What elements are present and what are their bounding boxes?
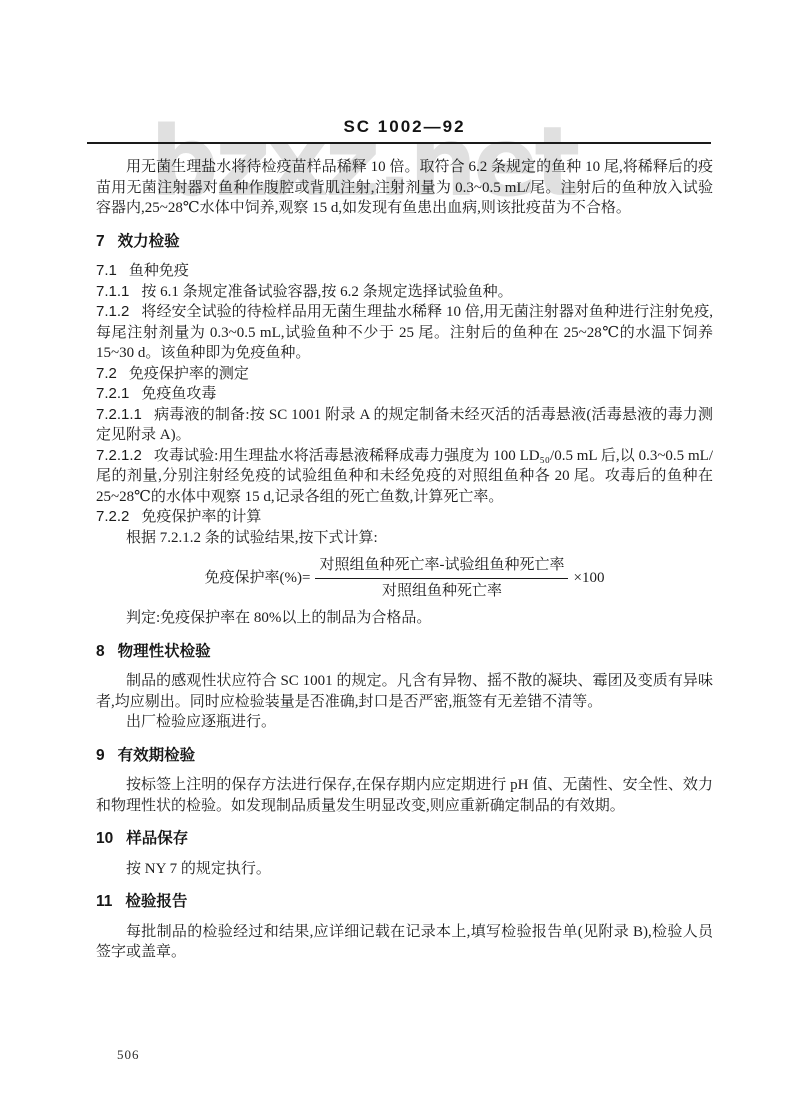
standard-number: SC 1002—92 xyxy=(96,117,713,137)
clause-7-1-2: 7.1.2将经安全试验的待检样品用无菌生理盐水稀释 10 倍,用无菌注射器对鱼种… xyxy=(96,302,713,364)
clause-7-2-1-1: 7.2.1.1病毒液的制备:按 SC 1001 附录 A 的规定制备未经灭活的活… xyxy=(96,405,713,446)
formula-denominator: 对照组鱼种死亡率 xyxy=(315,579,568,602)
section-8-heading: 8物理性状检验 xyxy=(96,642,713,663)
formula-lhs: 免疫保护率(%)= xyxy=(205,568,311,589)
section-7-heading: 7效力检验 xyxy=(96,232,713,253)
section-9-heading: 9有效期检验 xyxy=(96,746,713,767)
clause-number: 7.1.1 xyxy=(96,283,129,300)
page-content: SC 1002—92 用无菌生理盐水将待检疫苗样品稀释 10 倍。取符合 6.2… xyxy=(96,117,713,963)
clause-text: 将经安全试验的待检样品用无菌生理盐水稀释 10 倍,用无菌注射器对鱼种进行注射免… xyxy=(96,304,713,361)
section-11-paragraph-1: 每批制品的检验经过和结果,应详细记载在记录本上,填写检验报告单(见附录 B),检… xyxy=(96,922,713,963)
section-10-paragraph-1: 按 NY 7 的规定执行。 xyxy=(96,859,713,880)
formula-numerator: 对照组鱼种死亡率-试验组鱼种死亡率 xyxy=(315,555,568,579)
section-title: 物理性状检验 xyxy=(118,643,211,660)
section-number: 10 xyxy=(96,830,113,847)
section-title: 样品保存 xyxy=(126,830,188,847)
clause-7-1: 7.1鱼种免疫 xyxy=(96,261,713,282)
clause-7-2-1: 7.2.1免疫鱼攻毒 xyxy=(96,384,713,405)
clause-number: 7.2 xyxy=(96,365,117,382)
clause-7-2-2: 7.2.2免疫保护率的计算 xyxy=(96,507,713,528)
clause-text: 免疫鱼攻毒 xyxy=(141,386,216,402)
clause-text: 攻毒试验:用生理盐水将活毒悬液稀释成毒力强度为 100 LD₅₀/0.5 mL … xyxy=(96,448,713,505)
protection-rate-formula: 免疫保护率(%)= 对照组鱼种死亡率-试验组鱼种死亡率 对照组鱼种死亡率 ×10… xyxy=(96,555,713,602)
clause-text: 免疫保护率的测定 xyxy=(129,366,249,382)
clause-text: 按 6.1 条规定准备试验容器,按 6.2 条规定选择试验鱼种。 xyxy=(141,284,512,300)
section-8-paragraph-1: 制品的感观性状应符合 SC 1001 的规定。凡含有异物、摇不散的凝块、霉团及变… xyxy=(96,671,713,712)
section-11-heading: 11检验报告 xyxy=(96,892,713,913)
clause-number: 7.2.1 xyxy=(96,385,129,402)
clause-text: 病毒液的制备:按 SC 1001 附录 A 的规定制备未经灭活的活毒悬液(活毒悬… xyxy=(96,407,713,444)
calc-intro-line: 根据 7.2.1.2 条的试验结果,按下式计算: xyxy=(96,528,713,549)
section-number: 8 xyxy=(96,643,105,660)
section-number: 9 xyxy=(96,747,105,764)
clause-number: 7.2.1.2 xyxy=(96,447,142,464)
clause-7-2-1-2: 7.2.1.2攻毒试验:用生理盐水将活毒悬液稀释成毒力强度为 100 LD₅₀/… xyxy=(96,446,713,508)
clause-number: 7.2.2 xyxy=(96,508,129,525)
judgement-line: 判定:免疫保护率在 80%以上的制品为合格品。 xyxy=(96,608,713,629)
clause-number: 7.2.1.1 xyxy=(96,406,142,423)
section-number: 7 xyxy=(96,233,105,250)
section-number: 11 xyxy=(96,893,112,910)
clause-number: 7.1.2 xyxy=(96,303,129,320)
page-number: 506 xyxy=(117,1047,140,1063)
clause-number: 7.1 xyxy=(96,262,117,279)
section-10-heading: 10样品保存 xyxy=(96,829,713,850)
header-rule xyxy=(87,142,711,144)
clause-text: 免疫保护率的计算 xyxy=(141,509,261,525)
intro-paragraph: 用无菌生理盐水将待检疫苗样品稀释 10 倍。取符合 6.2 条规定的鱼种 10 … xyxy=(96,157,713,219)
clause-text: 鱼种免疫 xyxy=(129,263,189,279)
section-title: 有效期检验 xyxy=(118,747,196,764)
clause-7-1-1: 7.1.1按 6.1 条规定准备试验容器,按 6.2 条规定选择试验鱼种。 xyxy=(96,282,713,303)
section-title: 效力检验 xyxy=(118,233,180,250)
clause-7-2: 7.2免疫保护率的测定 xyxy=(96,364,713,385)
section-8-paragraph-2: 出厂检验应逐瓶进行。 xyxy=(96,712,713,733)
formula-multiplier: ×100 xyxy=(573,568,604,589)
formula-fraction: 对照组鱼种死亡率-试验组鱼种死亡率 对照组鱼种死亡率 xyxy=(315,555,568,602)
section-9-paragraph-1: 按标签上注明的保存方法进行保存,在保存期内应定期进行 pH 值、无菌性、安全性、… xyxy=(96,775,713,816)
section-title: 检验报告 xyxy=(125,893,187,910)
